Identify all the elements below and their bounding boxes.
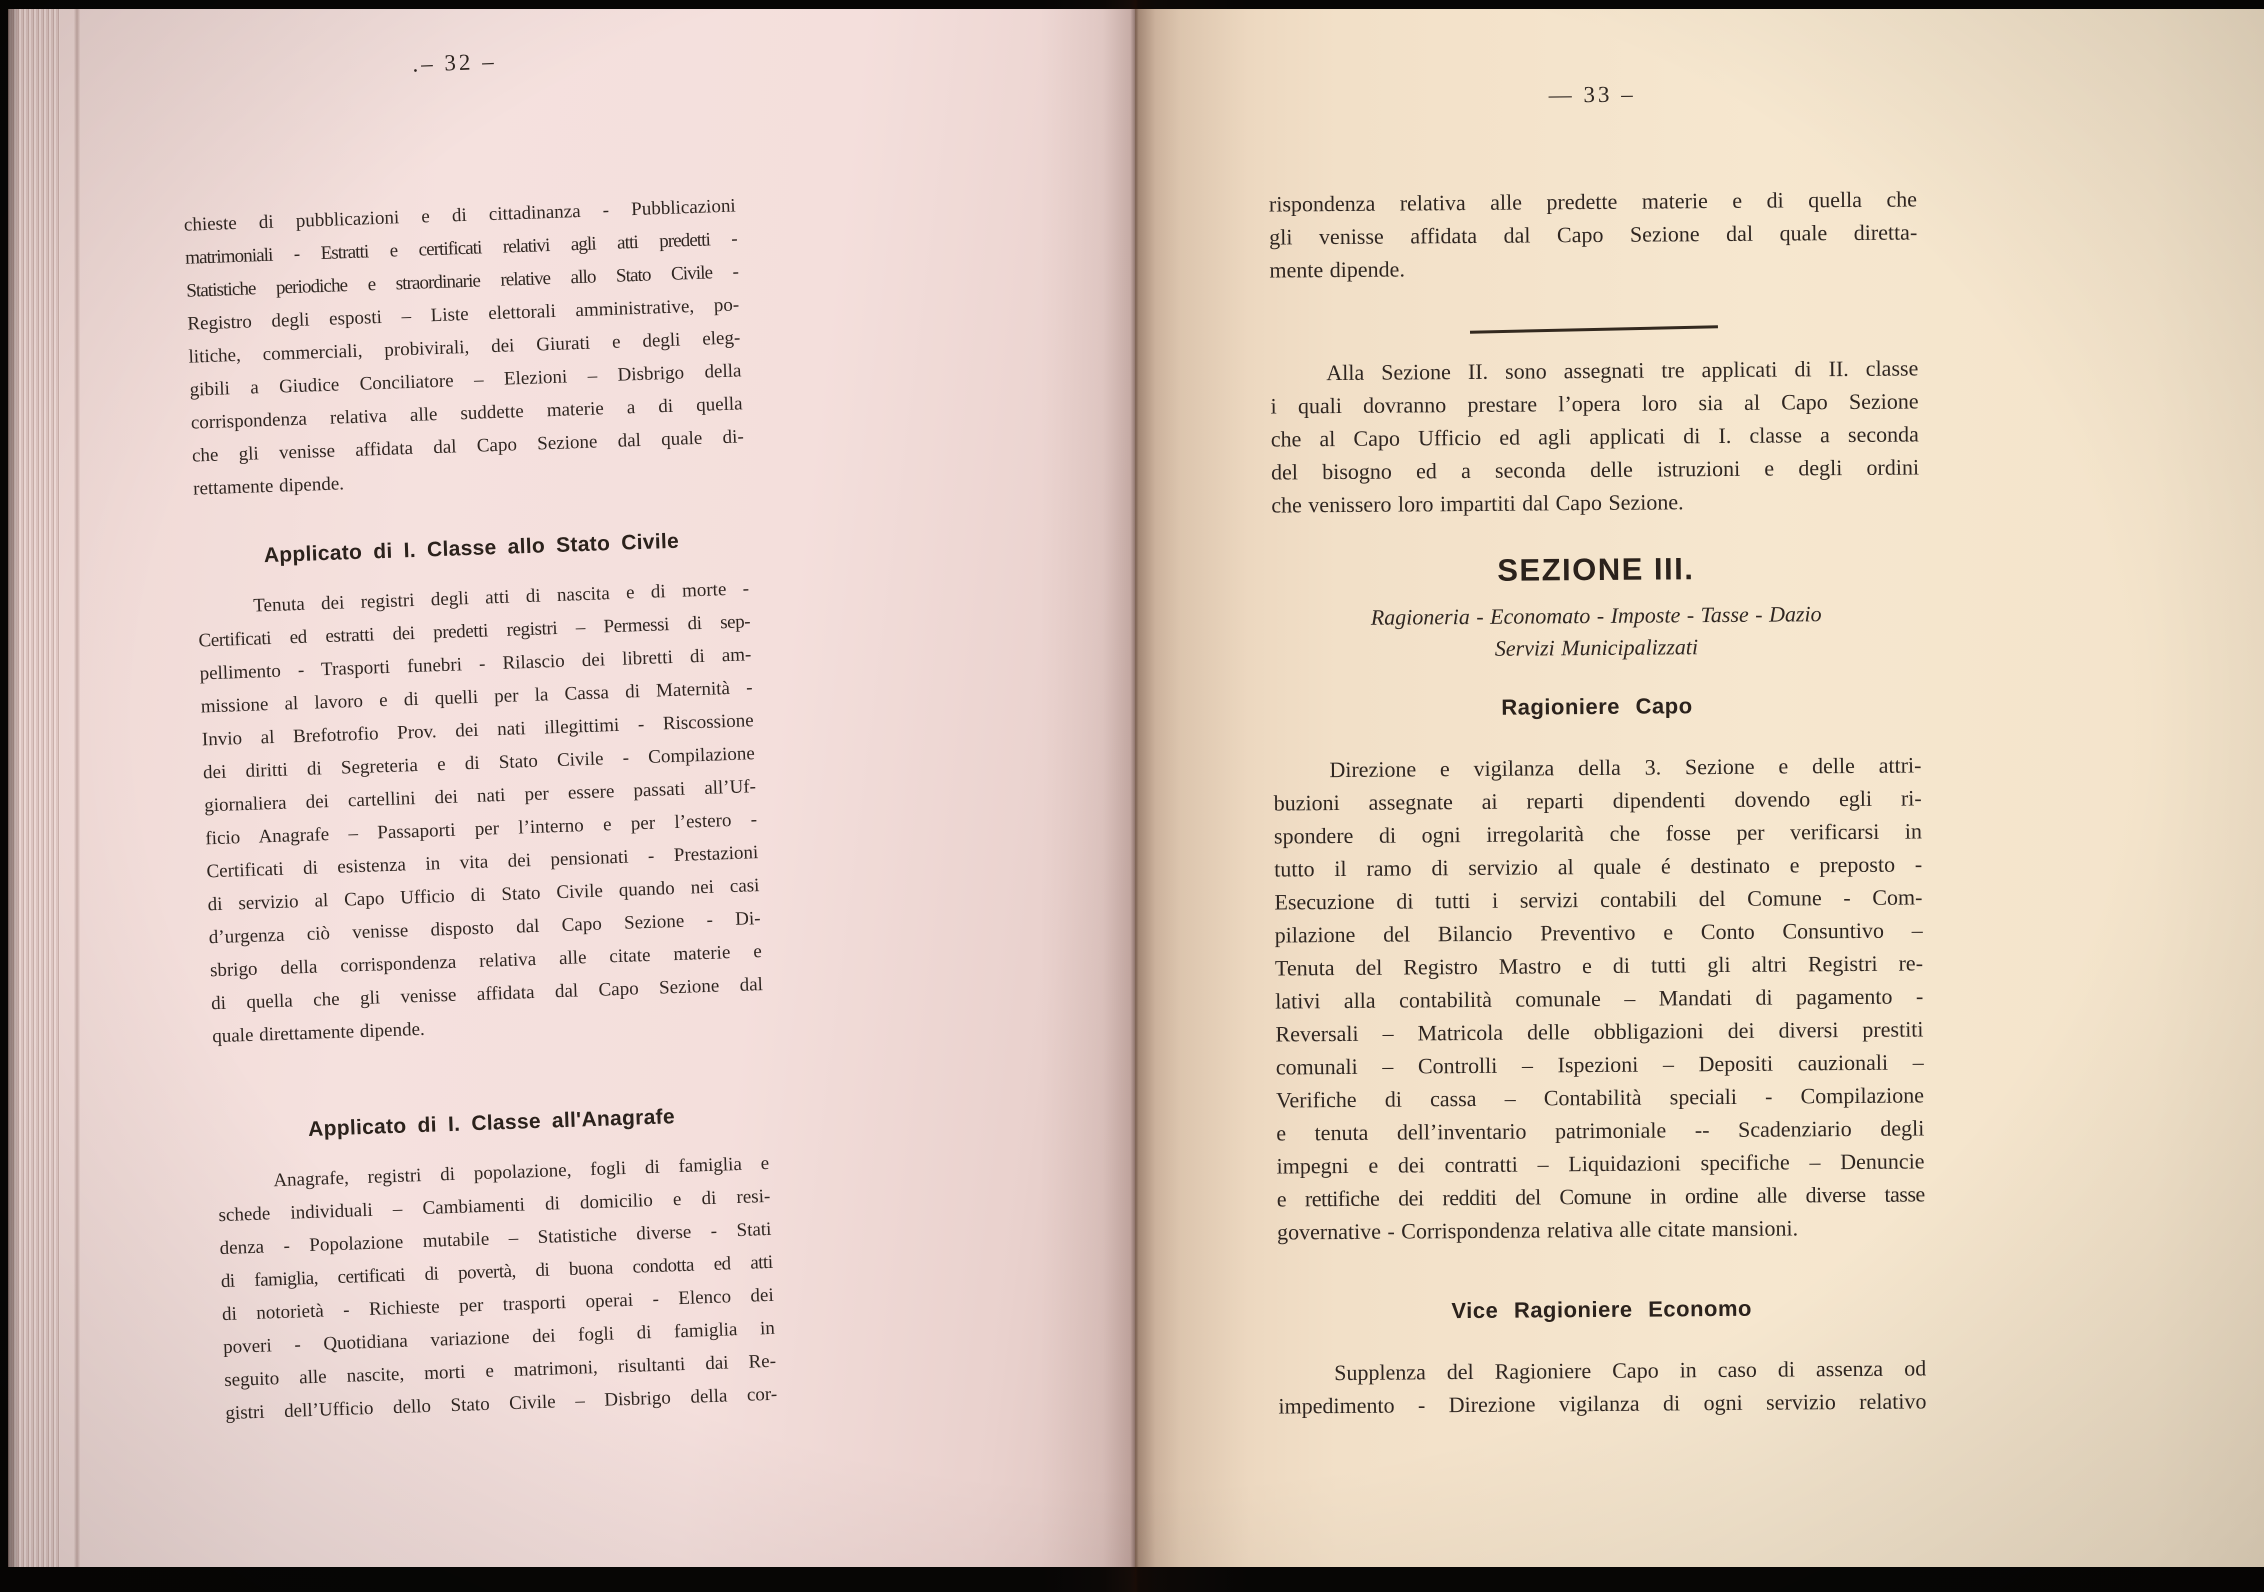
text-line: comunali – Controlli – Ispezioni – Depos…: [1276, 1045, 1924, 1083]
left-page-crease: [74, 9, 80, 1567]
heading-applicato-stato-civile: Applicato di I. Classe allo Stato Civile: [195, 522, 748, 574]
text-line: Esecuzione di tutti i servizi contabili …: [1274, 880, 1922, 918]
text-line: e rettifiche dei redditi del Comune in o…: [1277, 1177, 1925, 1215]
sezione-3-subtitle: Ragioneria - Economato - Imposte - Tasse…: [1272, 597, 1920, 666]
page-number-32: .– 32 –: [178, 37, 731, 89]
paragraph-sezione-2-applicati: Alla Sezione II. sono assegnati tre appl…: [1270, 351, 1919, 521]
heading-ragioniere-capo: Ragioniere Capo: [1273, 687, 1921, 725]
text-line: governative - Corrispondenza relativa al…: [1277, 1210, 1925, 1248]
left-page-text-column: .– 32 – chieste di pubblicazioni e di ci…: [178, 37, 778, 1430]
paragraph-applicato-anagrafe: Anagrafe, registri di popolazione, fogli…: [217, 1147, 778, 1430]
text-line: Direzione e vigilanza della 3. Sezione e…: [1273, 748, 1921, 786]
paragraph-applicato-stato-civile: Tenuta dei registri degli atti di nascit…: [197, 572, 765, 1053]
text-line: impegni e dei contratti – Liquidazioni s…: [1276, 1144, 1924, 1182]
text-line: e tenuta dell’inventario patrimoniale --…: [1276, 1111, 1924, 1149]
text-line: gli venisse affidata dal Capo Sezione da…: [1269, 215, 1917, 253]
stacked-page-edges: [8, 9, 60, 1567]
paragraph-ragioniere-capo: Direzione e vigilanza della 3. Sezione e…: [1273, 748, 1925, 1248]
right-page-text-column: — 33 – rispondenza relativa alle predett…: [1268, 75, 1927, 1422]
page-number-33: — 33 –: [1268, 75, 1916, 113]
text-line: Reversali – Matricola delle obbligazioni…: [1275, 1012, 1923, 1050]
paragraph-sezione-2-continuation: rispondenza relativa alle predette mater…: [1269, 182, 1918, 286]
right-page: — 33 – rispondenza relativa alle predett…: [1135, 9, 2264, 1567]
text-line: lativi alla contabilità comunale – Manda…: [1275, 979, 1923, 1017]
text-line: Ragioneria - Economato - Imposte - Tasse…: [1272, 597, 1920, 634]
text-line: mente dipende.: [1269, 248, 1917, 286]
text-line: Supplenza del Ragioniere Capo in caso di…: [1278, 1351, 1926, 1389]
text-line: pilazione del Bilancio Preventivo e Cont…: [1275, 913, 1923, 951]
paragraph-stato-civile-continuation: chieste di pubblicazioni e di cittadinan…: [183, 189, 745, 505]
text-line: buzioni assegnate ai reparti dipendenti …: [1274, 781, 1922, 819]
text-line: spondere di ogni irregolarità che fosse …: [1274, 814, 1922, 852]
heading-applicato-anagrafe: Applicato di I. Classe all'Anagrafe: [215, 1097, 768, 1149]
text-line: del bisogno ed a seconda delle istruzion…: [1271, 450, 1919, 488]
text-line: Verifiche di cassa – Contabilità special…: [1276, 1078, 1924, 1116]
text-line: tutto il ramo di servizio al quale é des…: [1274, 847, 1922, 885]
text-line: che venissero loro impartiti dal Capo Se…: [1271, 483, 1919, 521]
left-page: .– 32 – chieste di pubblicazioni e di ci…: [8, 9, 1135, 1567]
text-line: rispondenza relativa alle predette mater…: [1269, 182, 1917, 220]
section-divider-rule: [1470, 325, 1718, 333]
heading-sezione-3: SEZIONE III.: [1272, 549, 1920, 590]
text-line: Servizi Municipalizzati: [1272, 629, 1920, 666]
text-line: Tenuta del Registro Mastro e di tutti gl…: [1275, 946, 1923, 984]
text-line: che al Capo Ufficio ed agli applicati di…: [1271, 417, 1919, 455]
heading-vice-ragioniere-economo: Vice Ragioniere Economo: [1278, 1290, 1926, 1328]
paragraph-vice-ragioniere: Supplenza del Ragioniere Capo in caso di…: [1278, 1351, 1926, 1422]
text-line: impedimento - Direzione vigilanza di ogn…: [1278, 1384, 1926, 1422]
text-line: Alla Sezione II. sono assegnati tre appl…: [1270, 351, 1918, 389]
text-line: i quali dovranno prestare l’opera loro s…: [1270, 384, 1918, 422]
